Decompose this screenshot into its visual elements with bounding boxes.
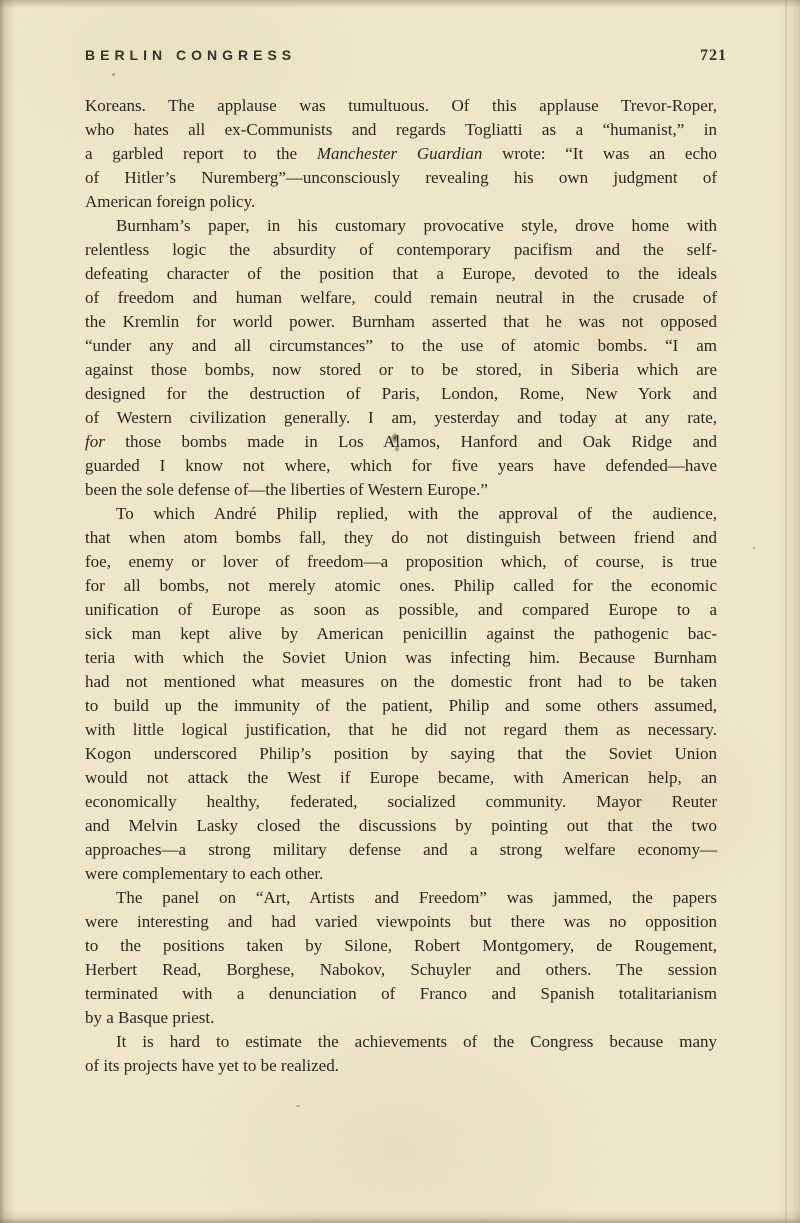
text-line: who hates all ex-Communists and regards …: [85, 118, 717, 142]
page-bottom-edge-shadow: [0, 1209, 800, 1223]
text-line: by a Basque priest.: [85, 1006, 717, 1030]
text-line: teria with which the Soviet Union was in…: [85, 646, 717, 670]
text-line: with little logical justification, that …: [85, 718, 717, 742]
page-number: 721: [700, 47, 727, 65]
paper-speck: [112, 73, 115, 76]
text-line: for all bombs, not merely atomic ones. P…: [85, 574, 717, 598]
text-line: of freedom and human welfare, could rema…: [85, 286, 717, 310]
text-line: that when atom bombs fall, they do not d…: [85, 526, 717, 550]
running-head: BERLIN CONGRESS 721: [85, 47, 727, 65]
text-line: relentless logic the absurdity of contem…: [85, 238, 717, 262]
page-text: Koreans. The applause was tumultuous. Of…: [85, 94, 717, 1078]
text-line: to build up the immunity of the patient,…: [85, 694, 717, 718]
text-line: terminated with a denunciation of Franco…: [85, 982, 717, 1006]
text-line: Burnham’s paper, in his customary provoc…: [85, 214, 717, 238]
text-line: were interesting and had varied viewpoin…: [85, 910, 717, 934]
text-line: sick man kept alive by American penicill…: [85, 622, 717, 646]
text-line: of Hitler’s Nuremberg”—unconsciously rev…: [85, 166, 717, 190]
page-right-edge-line: [785, 0, 787, 1223]
text-line: of its projects have yet to be realized.: [85, 1054, 717, 1078]
page-right-edge-shadow: [778, 0, 800, 1223]
page-left-edge-shadow: [0, 0, 16, 1223]
text-line: American foreign policy.: [85, 190, 717, 214]
text-line: Koreans. The applause was tumultuous. Of…: [85, 94, 717, 118]
text-line: the Kremlin for world power. Burnham ass…: [85, 310, 717, 334]
text-line: would not attack the West if Europe beca…: [85, 766, 717, 790]
text-line: unification of Europe as soon as possibl…: [85, 598, 717, 622]
text-line: It is hard to estimate the achievements …: [85, 1030, 717, 1054]
book-page: BERLIN CONGRESS 721 Koreans. The applaus…: [0, 0, 800, 1223]
page-top-edge-shadow: [0, 0, 800, 8]
text-line: economically healthy, federated, sociali…: [85, 790, 717, 814]
text-line: approaches—a strong military defense and…: [85, 838, 717, 862]
text-line: a garbled report to the Manchester Guard…: [85, 142, 717, 166]
text-line: for those bombs made in Los Alamos, Hanf…: [85, 430, 717, 454]
paragraph: Koreans. The applause was tumultuous. Of…: [85, 94, 717, 214]
paragraph: The panel on “Art, Artists and Freedom” …: [85, 886, 717, 1030]
text-line: Herbert Read, Borghese, Nabokov, Schuyle…: [85, 958, 717, 982]
paragraph: It is hard to estimate the achievements …: [85, 1030, 717, 1078]
text-line: The panel on “Art, Artists and Freedom” …: [85, 886, 717, 910]
text-line: and Melvin Lasky closed the discussions …: [85, 814, 717, 838]
text-line: Kogon underscored Philip’s position by s…: [85, 742, 717, 766]
text-line: defeating character of the position that…: [85, 262, 717, 286]
text-line: against those bombs, now stored or to be…: [85, 358, 717, 382]
text-line: To which André Philip replied, with the …: [85, 502, 717, 526]
text-line: to the positions taken by Silone, Robert…: [85, 934, 717, 958]
text-line: guarded I know not where, which for five…: [85, 454, 717, 478]
text-line: foe, enemy or lover of freedom—a proposi…: [85, 550, 717, 574]
text-line: of Western civilization generally. I am,…: [85, 406, 717, 430]
text-line: “under any and all circumstances” to the…: [85, 334, 717, 358]
text-line: were complementary to each other.: [85, 862, 717, 886]
paragraph: To which André Philip replied, with the …: [85, 502, 717, 886]
text-line: been the sole defense of—the liberties o…: [85, 478, 717, 502]
text-line: had not mentioned what measures on the d…: [85, 670, 717, 694]
paper-speck: [753, 547, 755, 549]
text-line: designed for the destruction of Paris, L…: [85, 382, 717, 406]
paragraph: Burnham’s paper, in his customary provoc…: [85, 214, 717, 502]
running-head-title: BERLIN CONGRESS: [85, 47, 296, 63]
paper-speck: [296, 1105, 300, 1107]
